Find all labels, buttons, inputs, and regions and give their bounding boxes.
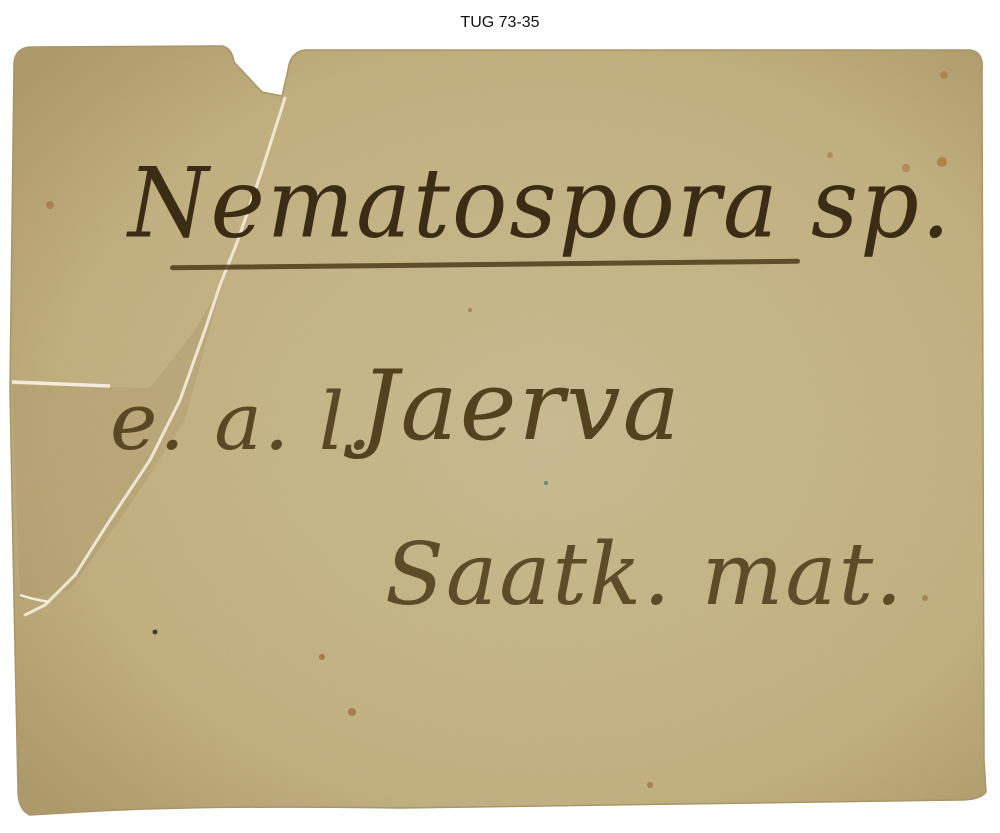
label-line-genus: Nematospora sp. <box>128 147 952 259</box>
label-line-locality: Jaerva <box>360 350 682 462</box>
label-line-substrate: Saatk. mat. <box>385 525 905 625</box>
specimen-label-paper: Nematospora sp. e. a. l. Jaerva Saatk. m… <box>0 0 1000 833</box>
label-line-collector-prefix: e. a. l. <box>110 375 374 468</box>
